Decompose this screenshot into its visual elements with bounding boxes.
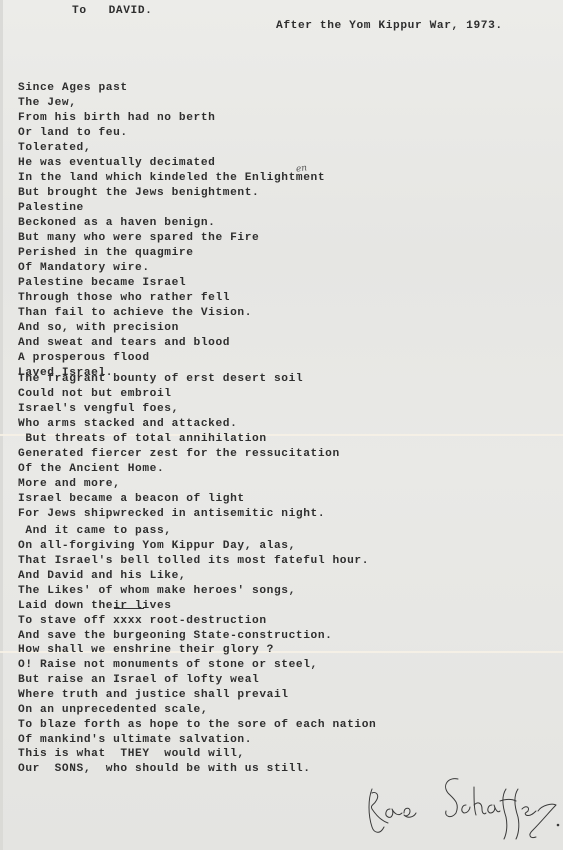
handwritten-signature: Rose Schaffer xyxy=(360,765,560,845)
stanza-4: How shall we enshrine their glory ?O! Ra… xyxy=(18,643,376,748)
stanza-2: The fragrant bounty of erst desert soilC… xyxy=(18,372,340,522)
poem-line: Could not but embroil xyxy=(18,387,340,402)
poem-line: And David and his Like, xyxy=(18,569,369,584)
poem-line: And it came to pass, xyxy=(18,524,369,539)
poem-line: Who arms stacked and attacked. xyxy=(18,417,340,432)
poem-line: Of Mandatory wire. xyxy=(18,261,325,276)
poem-line: The Likes' of whom make heroes' songs, xyxy=(18,584,369,599)
poem-line: The Jew, xyxy=(18,96,325,111)
poem-line: Beckoned as a haven benign. xyxy=(18,216,325,231)
poem-line: Where truth and justice shall prevail xyxy=(18,688,376,703)
poem-line: Perished in the quagmire xyxy=(18,246,325,261)
typed-strikeout xyxy=(114,608,144,609)
page-edge-shadow xyxy=(0,0,3,850)
poem-line: Tolerated, xyxy=(18,141,325,156)
poem-line: On an unprecedented scale, xyxy=(18,703,376,718)
poem-line: On all-forgiving Yom Kippur Day, alas, xyxy=(18,539,369,554)
poem-line: Of mankind's ultimate salvation. xyxy=(18,733,376,748)
poem-line: In the land which kindeled the Enlightme… xyxy=(18,171,325,186)
poem-line: Than fail to achieve the Vision. xyxy=(18,306,325,321)
poem-line: Of the Ancient Home. xyxy=(18,462,340,477)
poem-line: Since Ages past xyxy=(18,81,325,96)
poem-line: Israel's vengful foes, xyxy=(18,402,340,417)
poem-line: From his birth had no berth xyxy=(18,111,325,126)
poem-line: Our SONS, who should be with us still. xyxy=(18,762,311,777)
greeting: To DAVID. xyxy=(72,4,152,19)
dateline: After the Yom Kippur War, 1973. xyxy=(276,19,503,34)
handwritten-correction: en xyxy=(295,163,307,174)
poem-line: This is what THEY would will, xyxy=(18,747,311,762)
poem-line: Palestine became Israel xyxy=(18,276,325,291)
poem-line: A prosperous flood xyxy=(18,351,325,366)
poem-line: Israel became a beacon of light xyxy=(18,492,340,507)
poem-line: But raise an Israel of lofty weal xyxy=(18,673,376,688)
poem-line: Generated fiercer zest for the ressucita… xyxy=(18,447,340,462)
poem-line: How shall we enshrine their glory ? xyxy=(18,643,376,658)
poem-line: Laid down their lives xyxy=(18,599,369,614)
poem-line: And so, with precision xyxy=(18,321,325,336)
poem-line: But many who were spared the Fire xyxy=(18,231,325,246)
typewritten-page: To DAVID. After the Yom Kippur War, 1973… xyxy=(0,0,563,850)
poem-line: Or land to feu. xyxy=(18,126,325,141)
poem-line: He was eventually decimated xyxy=(18,156,325,171)
poem-line: That Israel's bell tolled its most fatef… xyxy=(18,554,369,569)
poem-line: But threats of total annihilation xyxy=(18,432,340,447)
poem-line: Through those who rather fell xyxy=(18,291,325,306)
poem-line: The fragrant bounty of erst desert soil xyxy=(18,372,340,387)
poem-line: But brought the Jews benightment. xyxy=(18,186,325,201)
poem-line: More and more, xyxy=(18,477,340,492)
poem-line: And save the burgeoning State-constructi… xyxy=(18,629,369,644)
poem-line: For Jews shipwrecked in antisemitic nigh… xyxy=(18,507,340,522)
stanza-5: This is what THEY would will,Our SONS, w… xyxy=(18,747,311,777)
poem-line: Palestine xyxy=(18,201,325,216)
stanza-3: And it came to pass,On all-forgiving Yom… xyxy=(18,524,369,644)
poem-line: O! Raise not monuments of stone or steel… xyxy=(18,658,376,673)
poem-line: And sweat and tears and blood xyxy=(18,336,325,351)
poem-line: To blaze forth as hope to the sore of ea… xyxy=(18,718,376,733)
stanza-1: Since Ages pastThe Jew,From his birth ha… xyxy=(18,81,325,381)
poem-line: To stave off xxxx root-destruction xyxy=(18,614,369,629)
